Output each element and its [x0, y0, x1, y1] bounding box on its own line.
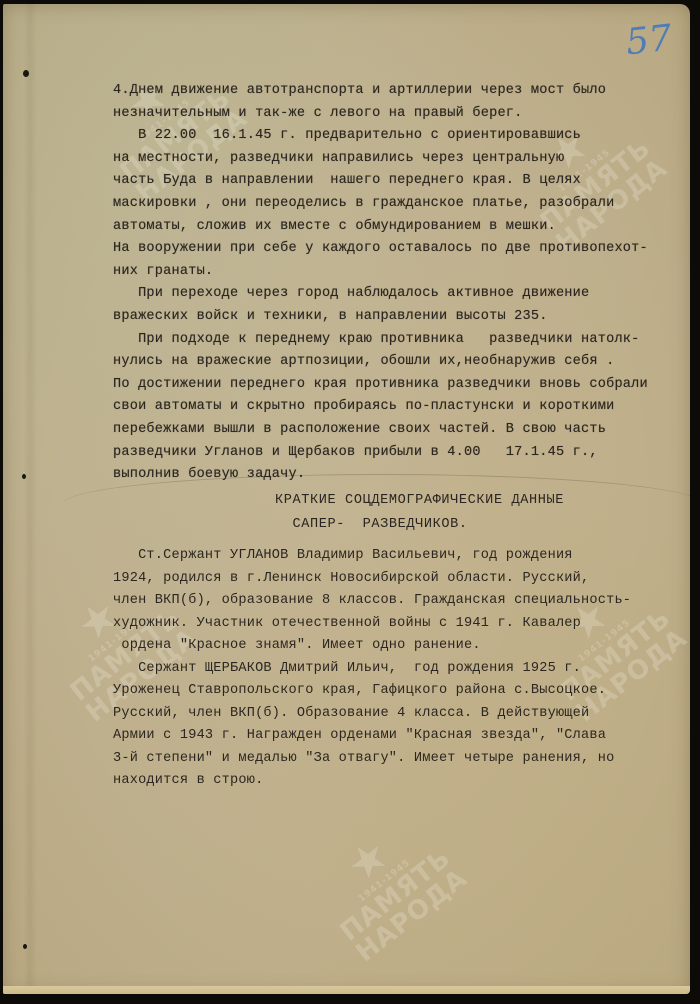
typed-line: Сержант ЩЕРБАКОВ Дмитрий Ильич, год рожд… — [113, 658, 673, 681]
typed-line: Уроженец Ставропольского края, Гафицкого… — [113, 680, 673, 703]
punch-hole — [23, 70, 29, 77]
report-body: 4.Днем движение автотранспорта и артилле… — [113, 80, 653, 487]
typed-line: выполнив боевую задачу. — [113, 464, 653, 487]
typed-line: 1924, родился в г.Ленинск Новосибирской … — [113, 568, 673, 591]
fold-shadow — [23, 4, 37, 994]
typed-line: Русский, член ВКП(б). Образование 4 клас… — [113, 703, 673, 726]
typed-line: 4.Днем движение автотранспорта и артилле… — [113, 80, 653, 103]
typed-line: маскировки , они переоделись в гражданск… — [113, 193, 653, 216]
typed-line: Армии с 1943 г. Награжден орденами "Крас… — [113, 725, 673, 748]
section-heading: КРАТКИЕ СОЦДЕМОГРАФИЧЕСКИЕ ДАННЫЕ САПЕР-… — [275, 489, 564, 537]
biographical-data: Ст.Сержант УГЛАНОВ Владимир Васильевич, … — [113, 545, 673, 793]
punch-hole — [22, 474, 26, 479]
typed-line: свои автоматы и скрытно пробираясь по-пл… — [113, 396, 653, 419]
handwritten-page-number: 57 — [624, 18, 674, 64]
typed-line: По достижении переднего края противника … — [113, 374, 653, 397]
document-page: ★ 1941-1945 ПАМЯТЬ НАРОДА ★ 1941-1945 ПА… — [3, 4, 690, 994]
typed-line: художник. Участник отечественной войны с… — [113, 613, 673, 636]
star-icon: ★ — [303, 803, 434, 919]
punch-hole — [23, 944, 27, 949]
typed-line: При переходе через город наблюдалось акт… — [113, 283, 653, 306]
typed-line: 3-й степени" и медалью "За отвагу". Имее… — [113, 748, 673, 771]
typed-line: вражеских войск и техники, в направлении… — [113, 306, 653, 329]
torn-edge — [3, 986, 690, 994]
typed-line: незначительным и так-же с левого на прав… — [113, 103, 653, 126]
typed-line: автоматы, сложив их вместе с обмундирова… — [113, 216, 653, 239]
watermark: ★ 1941-1945 ПАМЯТЬ НАРОДА — [303, 803, 472, 967]
typed-line: При подходе к переднему краю противника … — [113, 329, 653, 352]
heading-line: САПЕР- РАЗВЕДЧИКОВ. — [275, 513, 564, 537]
typed-line: на местности, разведчики направились чер… — [113, 148, 653, 171]
typed-line: В 22.00 16.1.45 г. предварительно с орие… — [113, 125, 653, 148]
typed-line: ордена "Красное знамя". Имеет одно ранен… — [113, 635, 673, 658]
heading-line: КРАТКИЕ СОЦДЕМОГРАФИЧЕСКИЕ ДАННЫЕ — [275, 489, 564, 513]
typed-line: них гранаты. — [113, 261, 653, 284]
typed-line: нулись на вражеские артпозиции, обошли и… — [113, 351, 653, 374]
typed-line: разведчики Угланов и Щербаков прибыли в … — [113, 442, 653, 465]
typed-line: перебежками вышли в расположение своих ч… — [113, 419, 653, 442]
typed-line: На вооружении при себе у каждого оставал… — [113, 238, 653, 261]
typed-line: часть Буда в направлении нашего переднег… — [113, 170, 653, 193]
typed-line: находится в строю. — [113, 770, 673, 793]
typed-line: член ВКП(б), образование 8 классов. Граж… — [113, 590, 673, 613]
typed-line: Ст.Сержант УГЛАНОВ Владимир Васильевич, … — [113, 545, 673, 568]
